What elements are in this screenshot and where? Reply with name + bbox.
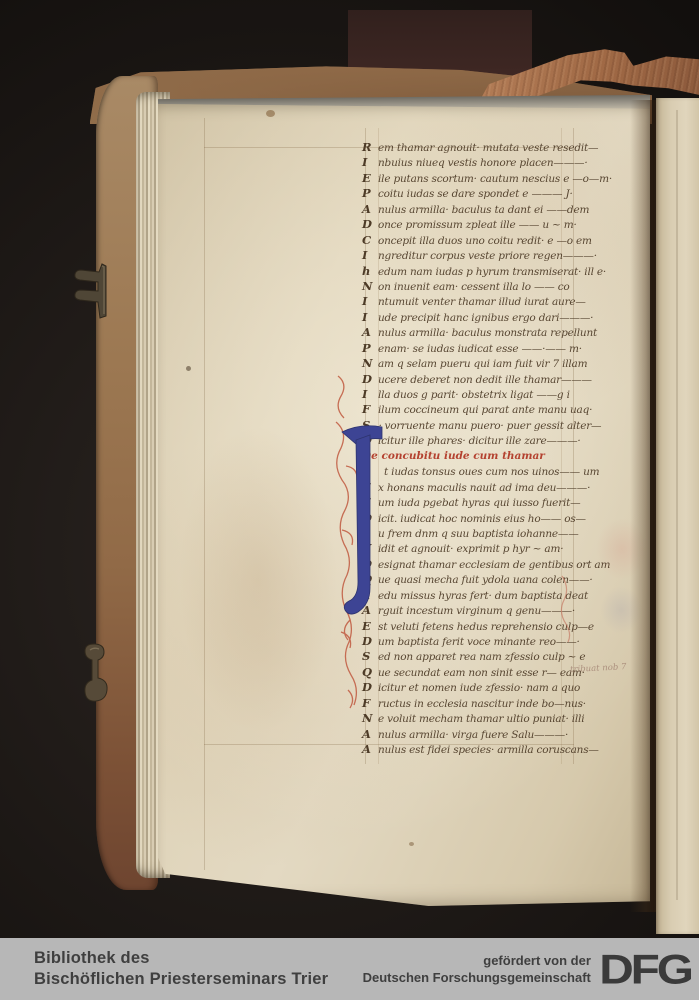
manuscript-line: Dum baptista ferit voce minante reo——·	[362, 634, 576, 649]
line-text: ngreditur corpus veste priore regen———·	[378, 249, 597, 264]
manuscript-line: Anulus armilla· baculus monstrata repell…	[362, 325, 576, 340]
line-text: u frem dnm q suu baptista iohanne——	[378, 527, 579, 542]
line-text: icit. iudicat hoc nominis eius ho—— os—	[378, 512, 586, 527]
library-banner: Bibliothek des Bischöflichen Priestersem…	[0, 938, 699, 1000]
rubric-line: De concubitu iude cum thamar	[362, 449, 576, 464]
line-text: idit et agnouit· exprimit p hyr ~ am·	[378, 542, 563, 557]
line-text: coitu iudas se dare spondet e ——— J·	[378, 187, 573, 202]
line-text: um baptista ferit voce minante reo——·	[378, 635, 580, 650]
line-initial: C	[362, 233, 378, 248]
line-initial: N	[362, 279, 378, 294]
line-text: um iuda pgebat hyras qui iusso fuerit—	[378, 496, 581, 511]
manuscript-line: Eile putans scortum· cautum nescius e —o…	[362, 171, 576, 186]
line-text: edum nam iudas p hyrum transmiserat· ill…	[378, 265, 606, 280]
line-text: t iudas tonsus oues cum nos uinos—— um	[384, 465, 599, 480]
manuscript-line: Est veluti fetens hedus reprehensio culp…	[362, 619, 576, 634]
manuscript-line: Nam q selam pueru qui iam fuit vir 7 ill…	[362, 356, 576, 371]
line-text: once promissum zpleat ille —— u ~ m·	[378, 218, 577, 233]
manuscript-line: Iude precipit hanc ignibus ergo dari———·	[362, 310, 576, 325]
line-text: nulus est fidei species· armilla corusca…	[378, 743, 599, 758]
manuscript-line: Anulus armilla· baculus ta dant ei ——dem	[362, 202, 576, 217]
manuscript-line: S; vorruente manu puero· puer gessit alt…	[362, 418, 576, 433]
facing-page-crease	[676, 110, 678, 900]
line-text: icitur et nomen iude zfessio· nam a quo	[378, 681, 580, 696]
line-text: ilum coccineum qui parat ante manu uaq·	[378, 403, 592, 418]
line-text: ude precipit hanc ignibus ergo dari———·	[378, 311, 593, 326]
manuscript-line: Designat thamar ecclesiam de gentibus or…	[362, 557, 576, 572]
manuscript-line: Inbuius niueq vestis honore placen———·	[362, 155, 576, 170]
line-text: ructus in ecclesia nascitur inde bo—nus·	[378, 697, 586, 712]
funding-credit-line2: Deutschen Forschungsgemeinschaft	[363, 969, 591, 986]
funding-credit-line1: gefördert von der	[363, 952, 591, 969]
parchment-spot	[409, 842, 414, 846]
line-text: on inuenit eam· cessent illa lo —— co	[378, 280, 570, 295]
manuscript-line: Dicitur et nomen iude zfessio· nam a quo	[362, 680, 576, 695]
line-text: rguit incestum virginum q genu———·	[378, 604, 575, 619]
line-initial: P	[362, 186, 378, 201]
line-text: nulus armilla· baculus ta dant ei ——dem	[378, 203, 589, 218]
line-initial: h	[362, 264, 378, 279]
metal-clasp-upper	[72, 262, 108, 320]
line-initial: A	[362, 742, 378, 757]
manuscript-line: Filum coccineum qui parat ante manu uaq·	[362, 402, 576, 417]
line-text: esignat thamar ecclesiam de gentibus ort…	[378, 558, 610, 573]
manuscript-line: Penam· se iudas iudicat esse ——·—— m·	[362, 341, 576, 356]
manuscript-line: Concepit illa duos uno coitu redit· e —o…	[362, 233, 576, 248]
manuscript-line: Ne voluit mecham thamar ultio puniat· il…	[362, 711, 576, 726]
line-initial: E	[362, 171, 378, 186]
marginal-pen-trial	[556, 572, 578, 646]
decorated-initial-I	[326, 370, 384, 730]
line-text: em thamar agnouit· mutata veste resedit—	[378, 141, 598, 156]
line-initial: I	[362, 248, 378, 263]
line-text: nulus armilla· baculus monstrata repellu…	[378, 326, 597, 341]
library-name-line2: Bischöflichen Priesterseminars Trier	[34, 969, 328, 990]
manuscript-line: Fructus in ecclesia nascitur inde bo—nus…	[362, 696, 576, 711]
ruling-line	[204, 118, 205, 870]
parchment-stain	[266, 110, 275, 117]
line-text: ucere deberet non dedit ille thamar———	[378, 373, 592, 388]
manuscript-line: Sed non apparet rea nam zfessio culp ~ e	[362, 649, 576, 664]
manuscript-line: Pcoitu iudas se dare spondet e ——— J·	[362, 186, 576, 201]
manuscript-line: Dicitur ille phares· dicitur ille zare——…	[362, 433, 576, 448]
manuscript-line: Intumuit venter thamar illud iurat aure—	[362, 294, 576, 309]
line-initial: A	[362, 325, 378, 340]
line-text: oncepit illa duos uno coitu redit· e —o …	[378, 234, 592, 249]
line-text: De concubitu iude cum thamar	[362, 449, 545, 464]
manuscript-line: Ducere deberet non dedit ille thamar———	[362, 372, 576, 387]
library-name: Bibliothek des Bischöflichen Priestersem…	[34, 948, 328, 990]
manuscript-line: It iudas tonsus oues cum nos uinos—— um	[362, 464, 576, 479]
metal-clasp-lower	[80, 642, 110, 704]
parchment-mottling	[178, 424, 338, 734]
manuscript-line: Eum iuda pgebat hyras qui iusso fuerit—	[362, 495, 576, 510]
line-text: ntumuit venter thamar illud iurat aure—	[378, 295, 586, 310]
line-initial: A	[362, 202, 378, 217]
manuscript-line: Non inuenit eam· cessent illa lo —— co	[362, 279, 576, 294]
blue-initial-body	[342, 426, 382, 614]
manuscript-line: hedum nam iudas p hyrum transmiserat· il…	[362, 264, 576, 279]
line-text: nbuius niueq vestis honore placen———·	[378, 156, 587, 171]
line-text: ed non apparet rea nam zfessio culp ~ e	[378, 650, 585, 665]
manuscript-line: hedu missus hyras fert· dum baptista dea…	[362, 588, 576, 603]
library-name-line1: Bibliothek des	[34, 948, 328, 969]
line-initial: R	[362, 140, 378, 155]
line-initial: D	[362, 217, 378, 232]
manuscript-line: Vidit et agnouit· exprimit p hyr ~ am·	[362, 541, 576, 556]
manuscript-line: Lu frem dnm q suu baptista iohanne——	[362, 526, 576, 541]
line-text: ue secundat eam non sinit esse r— eam·	[378, 666, 585, 681]
manuscript-line: Ingreditur corpus veste priore regen———·	[362, 248, 576, 263]
line-text: lla duos g parit· obstetrix ligat ——g i	[378, 388, 570, 403]
line-text: am q selam pueru qui iam fuit vir 7 illa…	[378, 357, 587, 372]
line-text: x honans maculis nauit ad ima deu———·	[378, 481, 590, 496]
manuscript-line: Que quasi mecha fuit ydola uana colen——·	[362, 572, 576, 587]
manuscript-line: Donce promissum zpleat ille —— u ~ m·	[362, 217, 576, 232]
manuscript-line: Arguit incestum virginum q genu———·	[362, 603, 576, 618]
manuscript-line: Illa duos g parit· obstetrix ligat ——g i	[362, 387, 576, 402]
line-text: nulus armilla· virga fuere Salu———·	[378, 728, 568, 743]
line-text: ; vorruente manu puero· puer gessit alte…	[378, 419, 601, 434]
line-text: enam· se iudas iudicat esse ——·—— m·	[378, 342, 582, 357]
manuscript-line: Ex honans maculis nauit ad ima deu———·	[362, 480, 576, 495]
parchment-spot	[186, 366, 191, 371]
line-initial: I	[362, 294, 378, 309]
line-initial: I	[362, 310, 378, 325]
manuscript-line: Anulus armilla· virga fuere Salu———·	[362, 727, 576, 742]
manuscript-line: Dicit. iudicat hoc nominis eius ho—— os—	[362, 511, 576, 526]
line-text: icitur ille phares· dicitur ille zare———…	[378, 434, 581, 449]
manuscript-line: Que secundat eam non sinit esse r— eam·	[362, 665, 576, 680]
gutter-shadow	[630, 100, 658, 912]
manuscript-line: Anulus est fidei species· armilla corusc…	[362, 742, 576, 757]
red-penwork-flourish	[336, 376, 357, 708]
dfg-logo: DFG	[599, 945, 691, 994]
digitized-manuscript-photo: Rem thamar agnouit· mutata veste resedit…	[0, 0, 699, 1000]
line-initial: P	[362, 341, 378, 356]
line-text: ile putans scortum· cautum nescius e —o—…	[378, 172, 612, 187]
manuscript-line: Rem thamar agnouit· mutata veste resedit…	[362, 140, 576, 155]
line-text: e voluit mecham thamar ultio puniat· ill…	[378, 712, 584, 727]
line-initial: I	[362, 155, 378, 170]
funding-credit: gefördert von der Deutschen Forschungsge…	[363, 952, 591, 986]
text-block: Rem thamar agnouit· mutata veste resedit…	[362, 140, 576, 758]
